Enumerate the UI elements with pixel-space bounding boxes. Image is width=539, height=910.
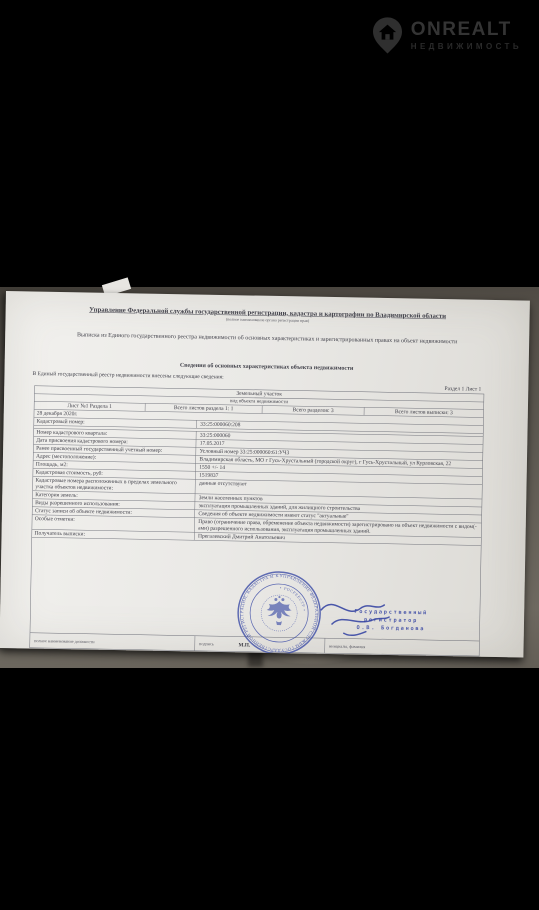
- app-screen: { "page": { "background": "#000000" }, "…: [0, 0, 539, 910]
- registrar-signature: [314, 593, 410, 645]
- extract-title: Выписка из Единого государственного реес…: [5, 329, 529, 346]
- logo-text: ONREALT НЕДВИЖИМОСТЬ: [411, 20, 522, 51]
- double-headed-eagle-icon: [266, 596, 292, 626]
- official-round-stamp: УПРАВЛЕНИЕ ФЕДЕРАЛЬНОЙ СЛУЖБЫ ГОСУДАРСТВ…: [234, 568, 324, 657]
- location-pin-house-icon: [373, 17, 402, 54]
- extract-date: 28 декабря 2020г.: [34, 410, 80, 418]
- onrealt-logo: ONREALT НЕДВИЖИМОСТЬ: [373, 17, 522, 54]
- logo-subtitle: НЕДВИЖИМОСТЬ: [411, 42, 522, 51]
- document-content: Управление Федеральной службы государств…: [0, 291, 530, 658]
- logo-brand: ONREALT: [411, 20, 522, 39]
- position-caption: полное наименование должности: [30, 633, 195, 651]
- egrn-extract-document: Управление Федеральной службы государств…: [0, 291, 530, 658]
